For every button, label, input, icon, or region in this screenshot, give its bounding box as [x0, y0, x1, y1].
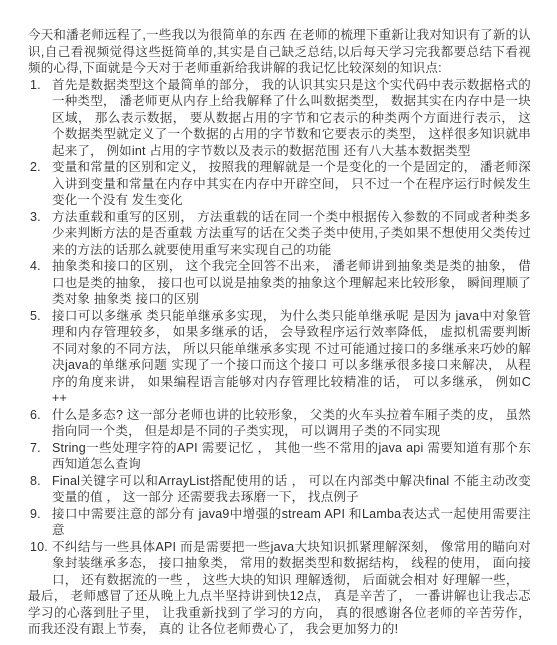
item-text: 什么是多态? 这一部分老师也讲的比较形象， 父类的火车头拉着车厢子类的皮， 虽然… — [52, 407, 531, 440]
item-text: 接口中需要注意的部分有 java9中增强的stream API 和Lamba表达… — [52, 506, 531, 539]
item-number: 4. — [28, 258, 52, 308]
item-number: 3. — [28, 209, 52, 259]
item-number: 2. — [28, 159, 52, 209]
item-text: String一些处理字符的API 需要记忆 ， 其他一些不常用的java api… — [52, 440, 531, 473]
knowledge-point-8: 8. Final关键字可以和ArrayList搭配使用的话 ， 可以在内部类中解… — [28, 473, 531, 506]
knowledge-point-1: 1. 首先是数据类型这个最简单的部分， 我的认识其实只是这个实代码中表示数据格式… — [28, 77, 531, 160]
knowledge-point-9: 9. 接口中需要注意的部分有 java9中增强的stream API 和Lamb… — [28, 506, 531, 539]
item-text: 不纠结与一些具体API 而是需要把一些java大块知识抓紧理解深刻， 像常用的瞄… — [52, 539, 531, 589]
knowledge-point-5: 5. 接口可以多继承 类只能单继承多实现， 为什么类只能单继承呢 是因为 jav… — [28, 308, 531, 407]
item-text: 首先是数据类型这个最简单的部分， 我的认识其实只是这个实代码中表示数据格式的一种… — [52, 77, 531, 160]
knowledge-point-10: 10. 不纠结与一些具体API 而是需要把一些java大块知识抓紧理解深刻， 像… — [28, 539, 531, 589]
item-number: 9. — [28, 506, 52, 539]
item-text: 方法重载和重写的区别， 方法重载的话在同一个类中根据传入参数的不同或者种类多少来… — [52, 209, 531, 259]
intro-paragraph: 今天和潘老师远程了,一些我以为很简单的东西 在老师的梳理下重新让我对知识有了新的… — [28, 27, 531, 77]
item-number: 5. — [28, 308, 52, 407]
knowledge-point-7: 7. String一些处理字符的API 需要记忆 ， 其他一些不常用的java … — [28, 440, 531, 473]
item-number: 10. — [28, 539, 52, 589]
item-number: 1. — [28, 77, 52, 160]
knowledge-point-2: 2. 变量和常量的区别和定义， 按照我的理解就是一个是变化的一个是固定的， 潘老… — [28, 159, 531, 209]
item-text: 变量和常量的区别和定义， 按照我的理解就是一个是变化的一个是固定的， 潘老师深入… — [52, 159, 531, 209]
item-number: 6. — [28, 407, 52, 440]
item-number: 8. — [28, 473, 52, 506]
item-number: 7. — [28, 440, 52, 473]
item-text: 抽象类和接口的区别， 这个我完全回答不出来， 潘老师讲到抽象类是类的抽象， 借口… — [52, 258, 531, 308]
knowledge-point-3: 3. 方法重载和重写的区别， 方法重载的话在同一个类中根据传入参数的不同或者种类… — [28, 209, 531, 259]
closing-paragraph: 最后， 老师感冒了还从晚上九点半坚持讲到快12点， 真是辛苦了， 一番讲解也让我… — [28, 588, 531, 638]
notes-document: 今天和潘老师远程了,一些我以为很简单的东西 在老师的梳理下重新让我对知识有了新的… — [0, 0, 557, 645]
item-text: 接口可以多继承 类只能单继承多实现， 为什么类只能单继承呢 是因为 java中对… — [52, 308, 531, 407]
knowledge-list: 1. 首先是数据类型这个最简单的部分， 我的认识其实只是这个实代码中表示数据格式… — [28, 77, 531, 589]
knowledge-point-4: 4. 抽象类和接口的区别， 这个我完全回答不出来， 潘老师讲到抽象类是类的抽象，… — [28, 258, 531, 308]
item-text: Final关键字可以和ArrayList搭配使用的话 ， 可以在内部类中解决fi… — [52, 473, 531, 506]
knowledge-point-6: 6. 什么是多态? 这一部分老师也讲的比较形象， 父类的火车头拉着车厢子类的皮，… — [28, 407, 531, 440]
